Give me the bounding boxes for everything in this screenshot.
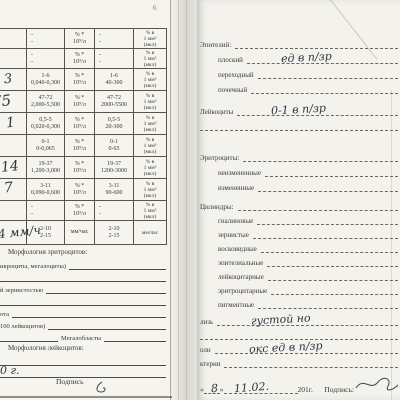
cell-value: 10⁹/л [73,102,86,109]
table-cell: мм/час [65,221,95,245]
form-line: Цилиндры: [200,197,398,211]
form-line: олиокс ед в п/зр [200,340,398,354]
form-line: эритроцитарные [200,281,398,295]
form-line: переходный [200,64,398,79]
form-label: Эпителий: [200,41,235,49]
year-print: 201 [298,385,309,394]
cell-value: 1200-3000 [101,168,127,175]
cell-value: 19-37 [107,161,121,168]
form-label: измененные [218,184,258,192]
cell-value: - [27,52,33,59]
underline [268,266,398,281]
cell-value: % * [75,161,85,168]
cell-value: 10⁹/л [73,59,86,66]
cell-value: % * [75,117,85,124]
cell-value: 3-11 [40,183,51,190]
underline [267,252,398,267]
underline: ед в п/зр [247,48,398,64]
handwritten-result: 7 [3,180,14,197]
cell-value: 3-11 [109,183,120,190]
table-cell [0,135,27,157]
table-cell: % *10⁹/л [65,157,95,179]
form-label: Эритроциты: [200,154,243,162]
handwritten-year-fragment: 0 г. [0,364,20,377]
underline: густой но [217,311,398,326]
table-row: --% *10⁹/л--% в1 мм³(мкл) [0,49,167,69]
table-cell: % *10⁹/л [65,179,95,201]
underline: окс ед в п/зр [215,339,398,354]
form-label: оли [200,346,215,354]
table-cell: % в1 мм³(мкл) [134,113,167,135]
table-cell: 1-60,040-0,300 [27,69,65,91]
table-cell: % в1 мм³(мкл) [134,135,167,157]
table-cell: 0,5-50,020-0,300 [27,113,65,135]
table-cell: 75 [0,91,27,113]
next-page-edge [0,396,172,398]
table-cell: 0,5-520-300 [95,113,134,135]
table-cell: % *10⁹/л [65,49,95,69]
handwritten-result: 3 [3,72,13,88]
cell-value: - [95,204,101,211]
form-line: плоскийед в п/зр [200,49,398,64]
table-cell: -- [95,29,134,49]
table-cell: -- [27,29,65,49]
table-cell: 3-1190-600 [95,179,134,201]
cell-value: 10⁹/л [73,190,86,197]
cell-value: 2000-5500 [101,102,127,109]
cell-value: - [95,39,101,46]
handwritten-year-digit: 8 [211,382,219,395]
cell-value: (мкл) [144,171,157,177]
cell-value: 10⁹/л [73,168,86,175]
cell-value: 2-10 [40,226,51,233]
form-line: гиалиновые [200,211,398,225]
form-label: Цилиндры: [200,203,238,211]
form-label: гиалиновые [218,217,257,225]
table-cell: 1 [0,113,27,135]
cell-value: 0-65 [109,146,120,153]
table-cell: % в1 мм³(мкл) [134,201,167,221]
cell-value: 47-72 [39,95,53,102]
underline [265,161,398,177]
underline [200,115,398,131]
cell-value: мм/час [71,229,89,236]
form-line: лейкоцитарные [200,267,398,281]
form-line: Эритроциты: [200,147,398,162]
form-line: Лейкоциты0-1 в п/зр [200,101,398,116]
table-cell: % *10⁹/л [65,29,95,49]
underline [235,33,398,49]
table-cell: 19-371200-3000 [95,157,134,179]
form-line: почечный [200,79,398,94]
page-fold-line [186,0,187,400]
page-number: 6 [153,4,157,12]
table-cell: мм/час [134,221,167,245]
cell-value: - [27,59,33,66]
underline [243,146,398,162]
cell-value: 0,020-0,300 [31,124,60,131]
cell-value: 1,200-3,000 [31,168,60,175]
form-section-cylinders: Цилиндры:гиалиновыезернистыевосковидныеэ… [200,197,398,309]
cell-value: 0-0,065 [36,146,55,153]
form-label: почечный [218,86,251,94]
table-cell [0,49,27,69]
form-label: плоский [218,56,247,64]
form-label: эпителиальные [218,259,267,267]
form-section-bottom: лизьгустой ноолиокс ед в п/зрктерии [200,312,398,368]
cell-value: 19-37 [39,161,53,168]
form-label: Мегалобласты [61,335,104,342]
cell-value: (мкл) [144,127,157,133]
underline [261,238,398,253]
cell-value: (мкл) [144,214,157,220]
underline [0,329,58,342]
cell-value: - [95,211,101,218]
table-cell: 7 [0,179,27,201]
cell-value: 10⁹/л [73,39,86,46]
underline [258,63,398,79]
form-line: пигментные [200,295,398,309]
cell-value: 10⁹/л [73,146,86,153]
table-cell: 47-722,000-5,500 [27,91,65,113]
handwritten-date: 11.02. [233,380,269,395]
table-row: 4 мм/ч2-102-15мм/час2-102-15мм/час [0,221,167,245]
underline: 0-1 в п/зр [237,100,398,116]
table-cell: % в1 мм³(мкл) [134,179,167,201]
underline [253,224,398,239]
table-cell: % *10⁹/л [65,201,95,221]
table-cell: -- [95,201,134,221]
table-row: 1419-371,200-3,000% *10⁹/л19-371200-3000… [0,157,167,179]
handwritten-result: 14 [0,158,19,176]
cell-value: % * [75,204,85,211]
form-label: ота [0,311,12,318]
cell-value: 10⁹/л [73,211,86,218]
table-cell: 3-110,090-0,600 [27,179,65,201]
form-section-erythrocytes: Эритроциты:неизмененныеизмененные [200,147,398,192]
page-fold-line [178,0,179,400]
underline [251,78,398,94]
table-cell: % в1 мм³(мкл) [134,49,167,69]
cell-value: - [27,39,33,46]
morphology-section: Морфология эритроцитов:икроциты, мегалоц… [0,246,166,378]
table-cell: -- [27,201,65,221]
underline [238,196,399,211]
cell-value: 10⁹/л [73,80,86,87]
cell-value: % * [75,183,85,190]
cell-value: 90-600 [106,190,123,197]
handwritten-result: 1 [5,115,16,132]
signature-label-left: Подпись [56,377,84,386]
form-line: Эпителий: [200,34,398,49]
underline [258,294,398,309]
cell-value: % * [75,52,85,59]
cell-value: 2,000-5,500 [31,102,60,109]
table-cell: % в1 мм³(мкл) [134,157,167,179]
table-row: 7547-722,000-5,500% *10⁹/л47-722000-5500… [0,91,167,113]
table-cell [0,29,27,49]
cell-value: 1-6 [42,73,50,80]
table-row: 10,5-50,020-0,300% *10⁹/л0,5-520-300% в1… [0,113,167,135]
table-cell: 3 [0,69,27,91]
table-row: 73-110,090-0,600% *10⁹/л3-1190-600% в1 м… [0,179,167,201]
cell-value: (мкл) [144,42,157,48]
cell-value: 2-10 [109,226,120,233]
underline [104,329,166,342]
table-cell: % в1 мм³(мкл) [134,69,167,91]
underline [257,210,398,225]
cell-value: % * [75,139,85,146]
table-cell: 1-640-300 [95,69,134,91]
form-line: зернистые [200,225,398,239]
table-cell: % *10⁹/л [65,113,95,135]
cell-value: 0-1 [110,139,118,146]
table-cell: 0-10-65 [95,135,134,157]
form-line [200,326,398,340]
year-suffix: г. [309,385,313,394]
cell-value: (мкл) [144,193,157,199]
table-cell: 0-10-0,065 [27,135,65,157]
form-line: восковидные [200,239,398,253]
cell-value: 0-1 [42,139,50,146]
cell-value: - [27,204,33,211]
table-cell: -- [27,49,65,69]
form-line: измененные [200,177,398,192]
cell-value: - [95,59,101,66]
table-row: --% *10⁹/л--% в1 мм³(мкл) [0,29,167,49]
underline [271,280,398,295]
scanned-lab-form: 6 --% *10⁹/л--% в1 мм³(мкл)--% *10⁹/л--%… [0,0,400,400]
cell-value: (мкл) [144,105,157,111]
table-cell: 14 [0,157,27,179]
underline [224,353,398,368]
table-row: 0-10-0,065% *10⁹/л0-10-65% в1 мм³(мкл) [0,135,167,157]
date-signature-row: « » 11.02. 201 8 г. Подпись: [200,374,398,394]
form-line: эпителиальные [200,253,398,267]
form-line: Мегалобласты [0,330,166,342]
table-cell: % *10⁹/л [65,135,95,157]
cell-value: (мкл) [144,149,157,155]
table-cell: % *10⁹/л [65,91,95,113]
form-label: пигментные [218,301,258,309]
urine-microscopy-form: Эпителий:плоскийед в п/зрпереходныйпочеч… [200,34,398,368]
cell-value: 0,5-5 [108,117,121,124]
table-cell [0,201,27,221]
page-fold-line [170,0,171,400]
cell-value: 0,5-5 [39,117,52,124]
form-line: лизьгустой но [200,312,398,326]
form-label: ктерии [200,360,224,368]
cell-value: (мкл) [144,83,157,89]
cell-value: % * [75,95,85,102]
cell-value: - [27,32,33,39]
signature-right [354,374,398,394]
table-cell: 19-371,200-3,000 [27,157,65,179]
table-row: --% *10⁹/л--% в1 мм³(мкл) [0,201,167,221]
table-cell: 4 мм/ч [0,221,27,245]
cell-value: - [27,211,33,218]
cell-value: 0,040-0,300 [31,80,60,87]
underline [258,176,398,192]
form-label: лейкоцитарные [218,273,268,281]
form-line [200,116,398,131]
form-section-epithelium: Эпителий:плоскийед в п/зрпереходныйпочеч… [200,34,398,94]
table-cell: % в1 мм³(мкл) [134,29,167,49]
table-cell: 2-102-15 [95,221,134,245]
signature-label-right: Подпись: [324,385,354,394]
cell-value: 10⁹/л [73,124,86,131]
cell-value: 0,090-0,600 [31,190,60,197]
table-row: 31-60,040-0,300% *10⁹/л1-640-300% в1 мм³… [0,69,167,91]
cell-value: (мкл) [144,62,157,68]
cell-value: 40-300 [106,80,123,87]
cell-value: % * [75,32,85,39]
form-label: восковидные [218,245,261,253]
underline [200,325,398,340]
date-underline: 11.02. [224,381,298,394]
table-cell: % *10⁹/л [65,69,95,91]
cell-value: 1-6 [110,73,118,80]
table-cell: % в1 мм³(мкл) [134,91,167,113]
cell-value: 47-72 [107,95,121,102]
cell-value: - [95,32,101,39]
table-cell: 47-722000-5500 [95,91,134,113]
cell-value: - [95,52,101,59]
table-cell: -- [95,49,134,69]
form-line: неизмененные [200,162,398,177]
cell-value: % * [75,73,85,80]
cell-value: мм/час [142,230,158,236]
form-section-leukocytes: Лейкоциты0-1 в п/зр [200,101,398,131]
form-label: зернистые [218,231,253,239]
cell-value: 20-300 [106,124,123,131]
cbc-results-table: --% *10⁹/л--% в1 мм³(мкл)--% *10⁹/л--% в… [0,28,167,245]
cell-value: 2-15 [109,233,120,240]
handwritten-result: 75 [0,91,12,111]
signature-left [94,380,120,396]
form-line: ктерии [200,354,398,368]
